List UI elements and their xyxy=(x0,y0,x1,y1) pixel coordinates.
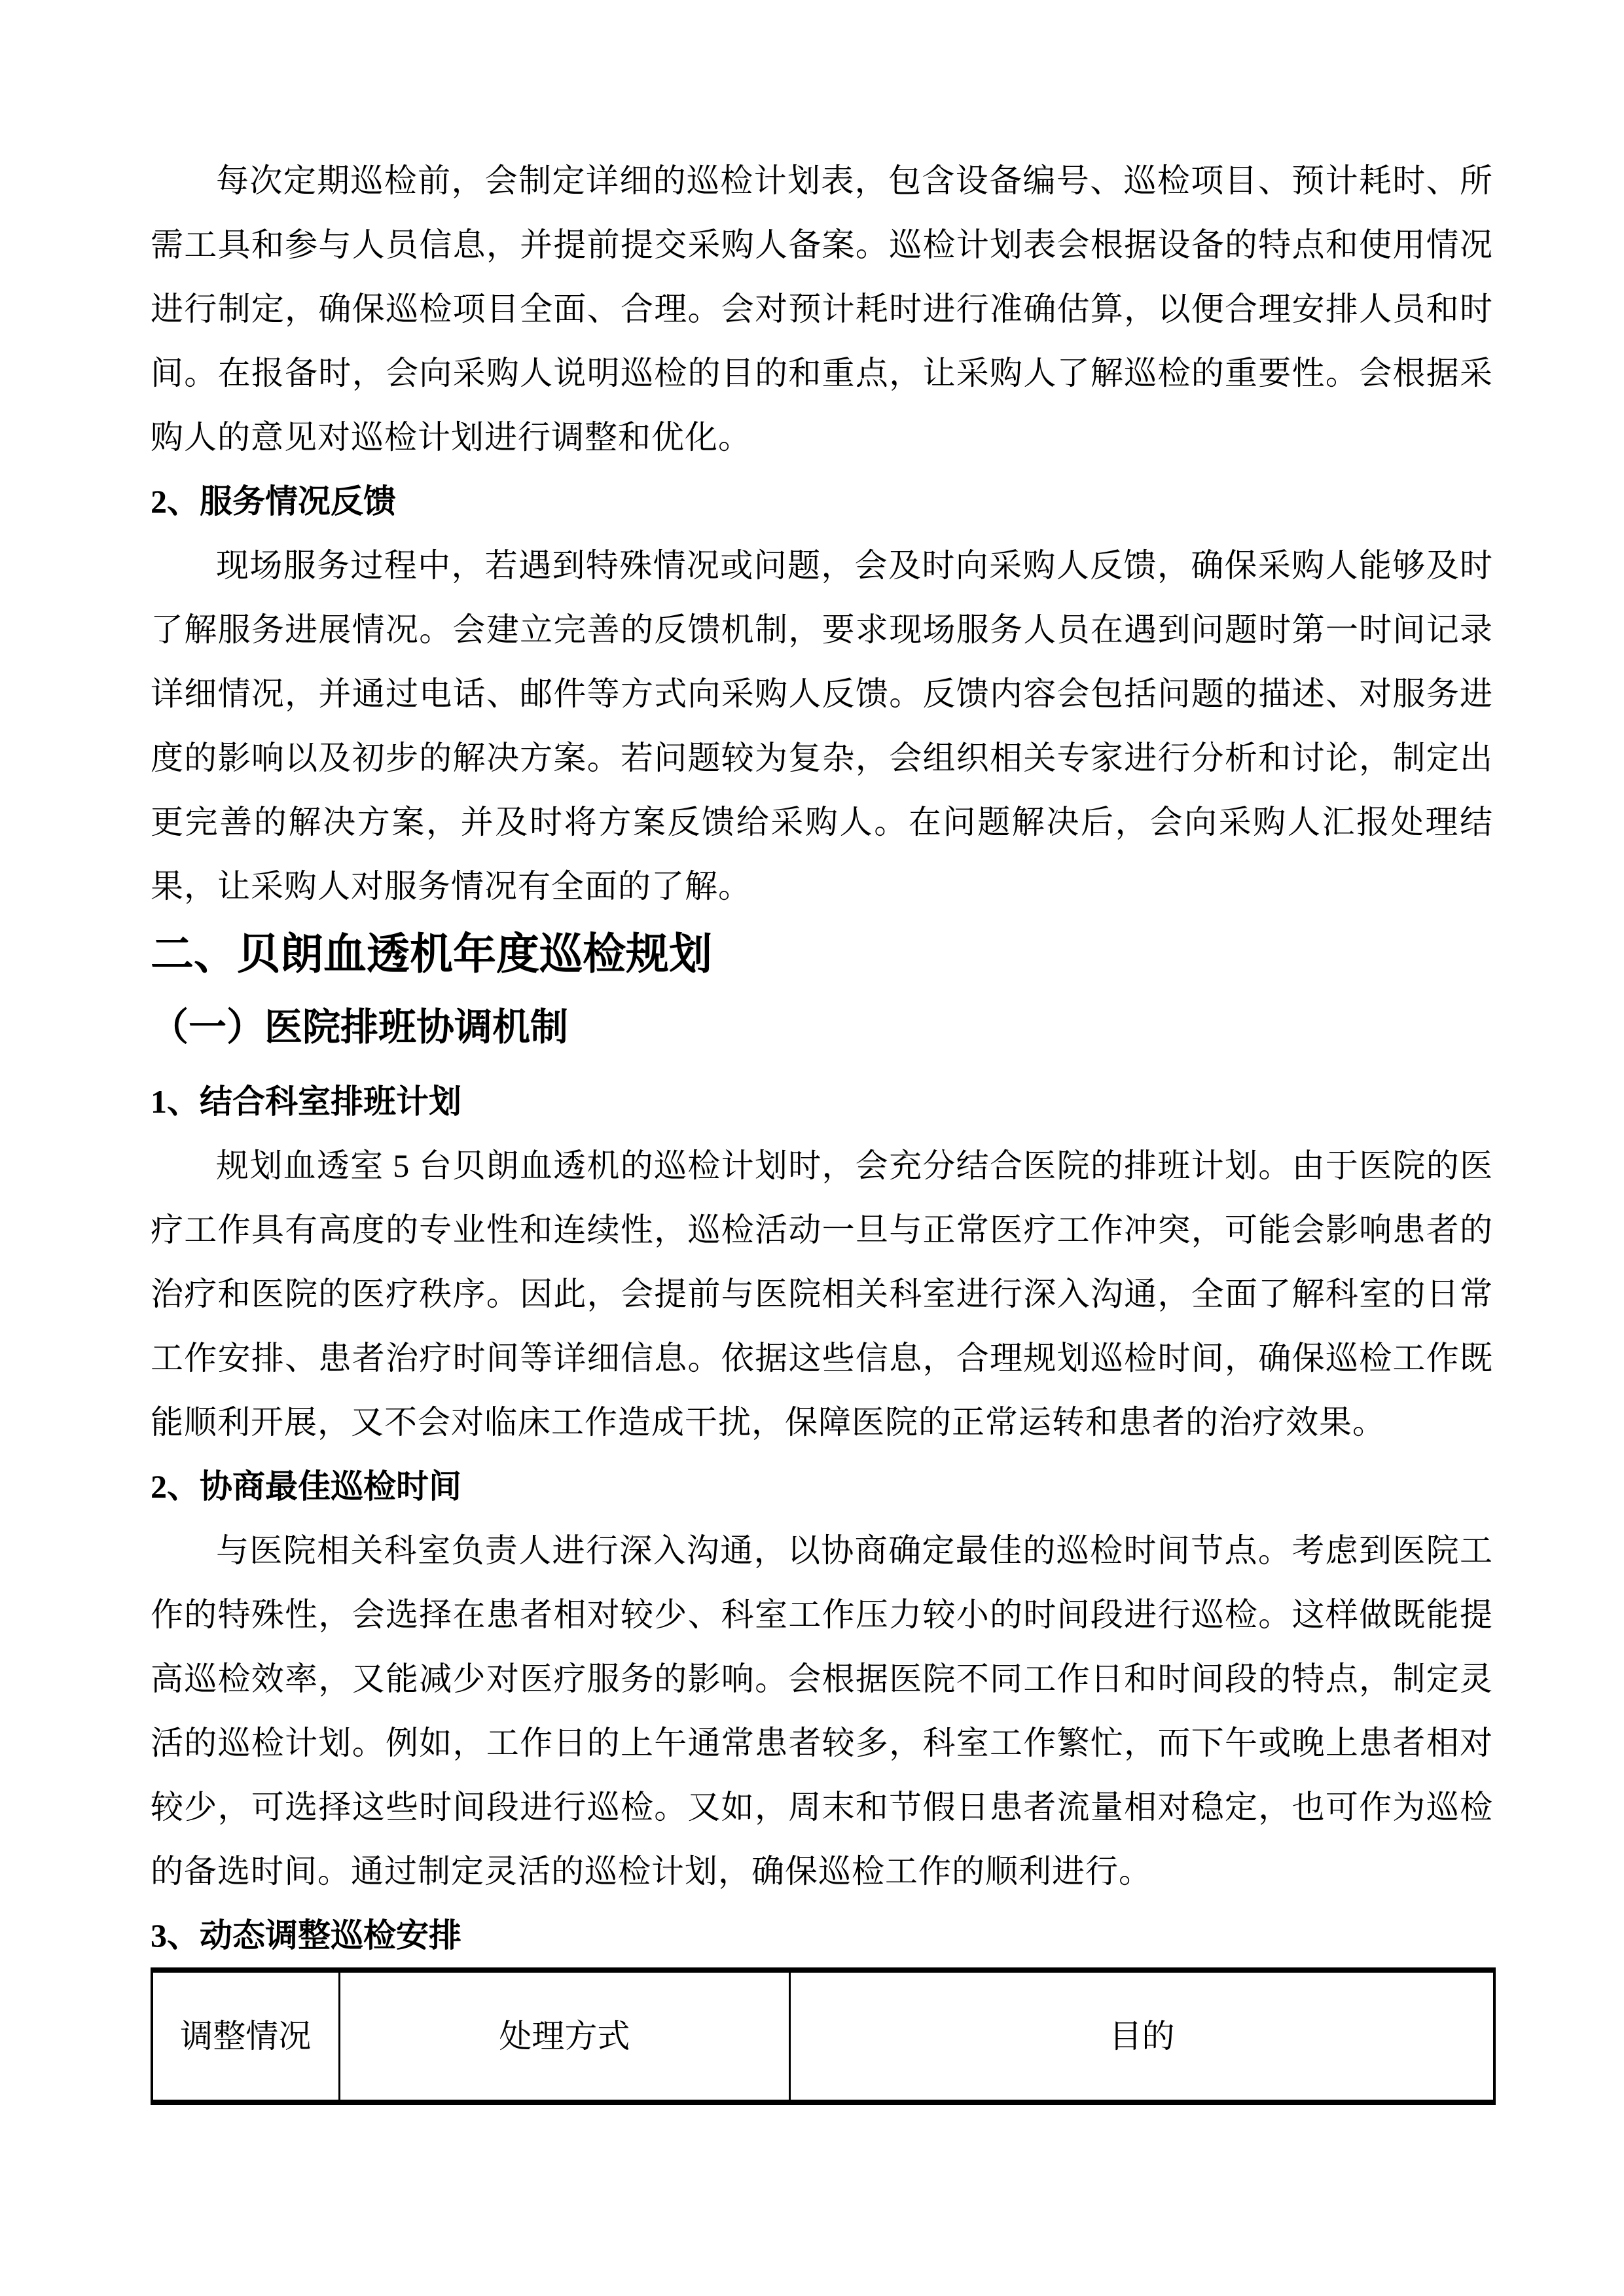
col-header-adjustment-situation: 调整情况 xyxy=(152,1970,339,2102)
paragraph-combine-department-schedule: 规划血透室 5 台贝朗血透机的巡检计划时，会充分结合医院的排班计划。由于医院的医… xyxy=(151,1134,1493,1454)
heading-hospital-scheduling-coordination: （一）医院排班协调机制 xyxy=(151,994,1493,1062)
heading-combine-department-schedule: 1、结合科室排班计划 xyxy=(151,1069,1493,1134)
col-header-purpose: 目的 xyxy=(790,1970,1494,2102)
paragraph-inspection-plan-filing: 每次定期巡检前，会制定详细的巡检计划表，包含设备编号、巡检项目、预计耗时、所需工… xyxy=(151,149,1493,469)
heading-negotiate-best-inspection-time: 2、协商最佳巡检时间 xyxy=(151,1454,1493,1518)
table-header-row: 调整情况 处理方式 目的 xyxy=(152,1970,1494,2102)
col-header-handling-method: 处理方式 xyxy=(339,1970,789,2102)
adjustment-arrangement-table: 调整情况 处理方式 目的 xyxy=(151,1967,1496,2105)
document-page: 每次定期巡检前，会制定详细的巡检计划表，包含设备编号、巡检项目、预计耗时、所需工… xyxy=(0,0,1624,2296)
paragraph-negotiate-best-inspection-time: 与医院相关科室负责人进行深入沟通，以协商确定最佳的巡检时间节点。考虑到医院工作的… xyxy=(151,1518,1493,1903)
heading-dynamic-adjustment: 3、动态调整巡检安排 xyxy=(151,1903,1493,1967)
paragraph-service-feedback: 现场服务过程中，若遇到特殊情况或问题，会及时向采购人反馈，确保采购人能够及时了解… xyxy=(151,533,1493,918)
heading-annual-inspection-plan: 二、贝朗血透机年度巡检规划 xyxy=(151,922,1493,988)
heading-service-feedback: 2、服务情况反馈 xyxy=(151,469,1493,533)
